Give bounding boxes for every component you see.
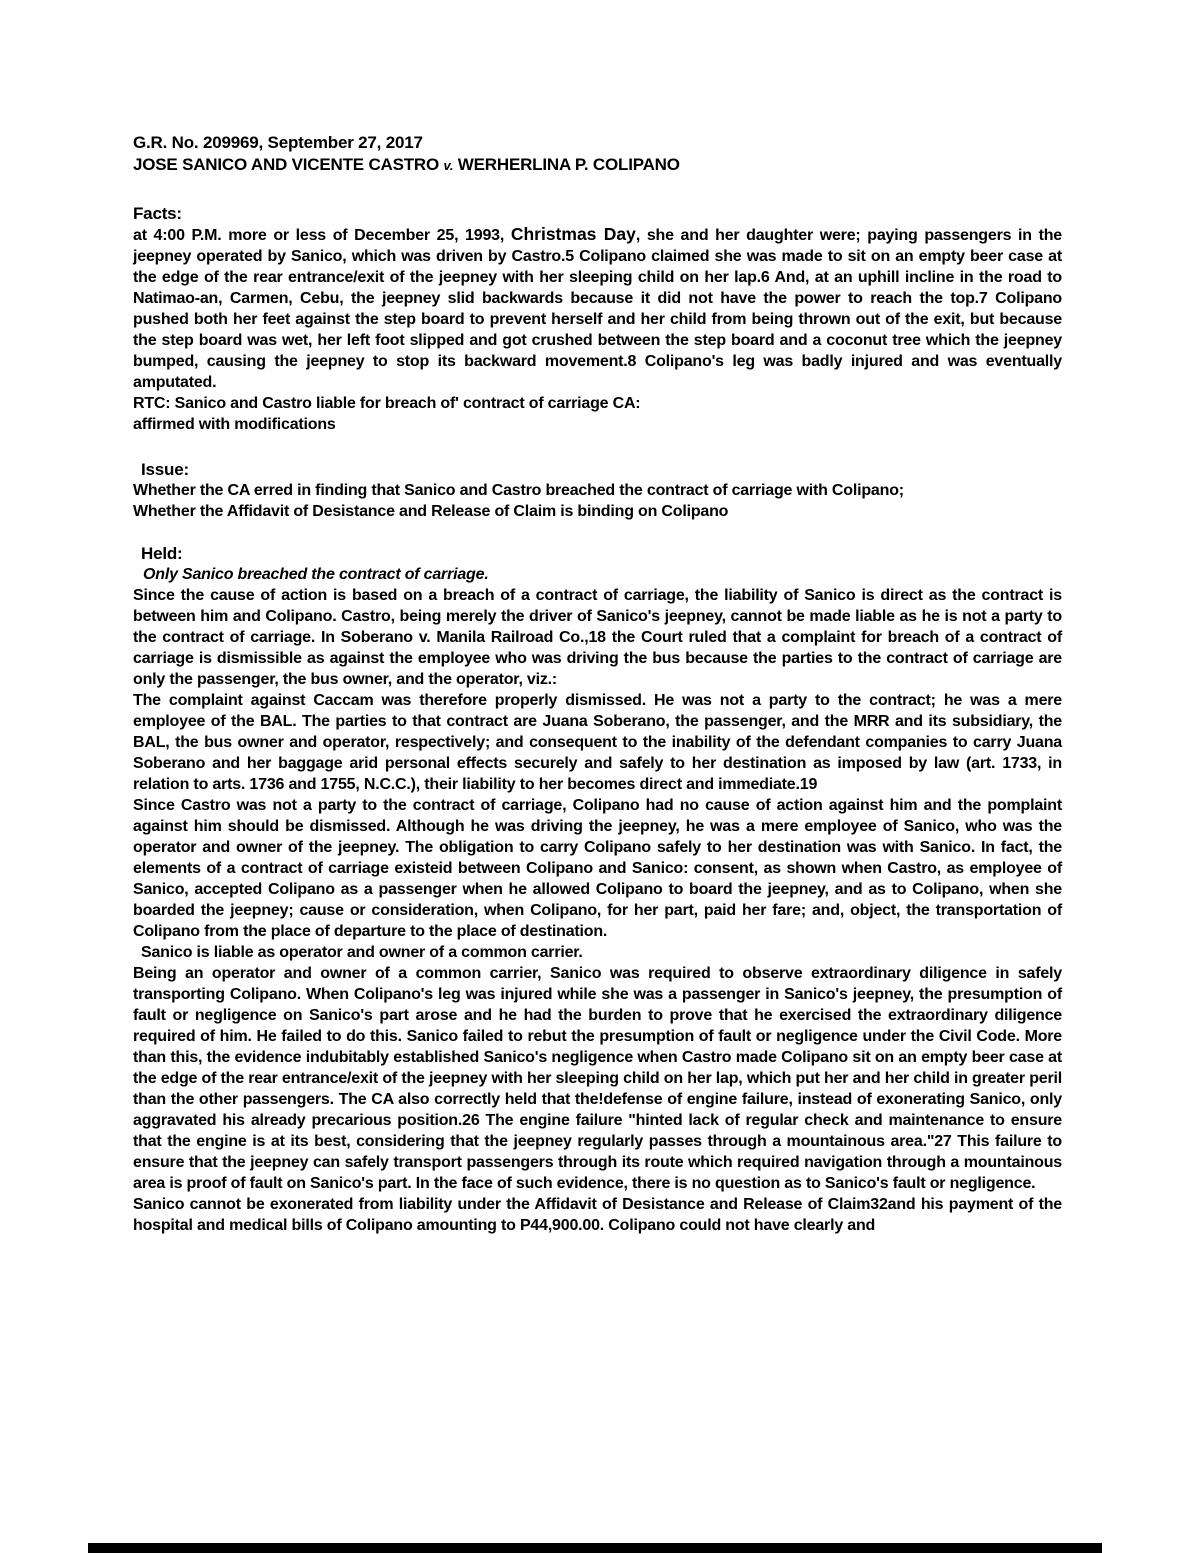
issue-heading: Issue: [133, 459, 1062, 480]
case-number: G.R. No. 209969, September 27, 2017 [133, 132, 1062, 154]
case-header: G.R. No. 209969, September 27, 2017 JOSE… [133, 132, 1062, 177]
held-ruling1-heading: Only Sanico breached the contract of car… [133, 564, 1062, 585]
held-ruling1-paragraph-3: Since Castro was not a party to the cont… [133, 795, 1062, 942]
rtc-ca-ruling-note: RTC: Sanico and Castro liable for breach… [133, 393, 1062, 435]
case-title-versus: v. [444, 158, 454, 173]
christmas-day-emphasis: Christmas Day [511, 224, 636, 244]
held-ruling2-heading: Sanico is liable as operator and owner o… [133, 942, 1062, 963]
facts-paragraph: at 4:00 P.M. more or less of December 25… [133, 224, 1062, 393]
held-heading: Held: [133, 543, 1062, 564]
document-content: G.R. No. 209969, September 27, 2017 JOSE… [133, 132, 1062, 1236]
case-title: JOSE SANICO AND VICENTE CASTRO v. WERHER… [133, 154, 1062, 177]
case-title-respondent: WERHERLINA P. COLIPANO [453, 155, 680, 174]
facts-paragraph-pre: at 4:00 P.M. more or less of December 25… [133, 227, 511, 244]
facts-heading: Facts: [133, 203, 1062, 224]
case-title-petitioners: JOSE SANICO AND VICENTE CASTRO [133, 155, 444, 174]
held-ruling2-paragraph: Being an operator and owner of a common … [133, 963, 1062, 1194]
document-page: G.R. No. 209969, September 27, 2017 JOSE… [0, 0, 1200, 1553]
bottom-cropped-text-bar [88, 1543, 1102, 1553]
facts-paragraph-post: , she and her daughter were; paying pass… [133, 227, 1062, 391]
held-ruling1-paragraph-2: The complaint against Caccam was therefo… [133, 690, 1062, 795]
held-ruling3-paragraph: Sanico cannot be exonerated from liabili… [133, 1194, 1062, 1236]
held-ruling1-paragraph-1: Since the cause of action is based on a … [133, 585, 1062, 690]
issue-text: Whether the CA erred in finding that San… [133, 480, 1062, 522]
